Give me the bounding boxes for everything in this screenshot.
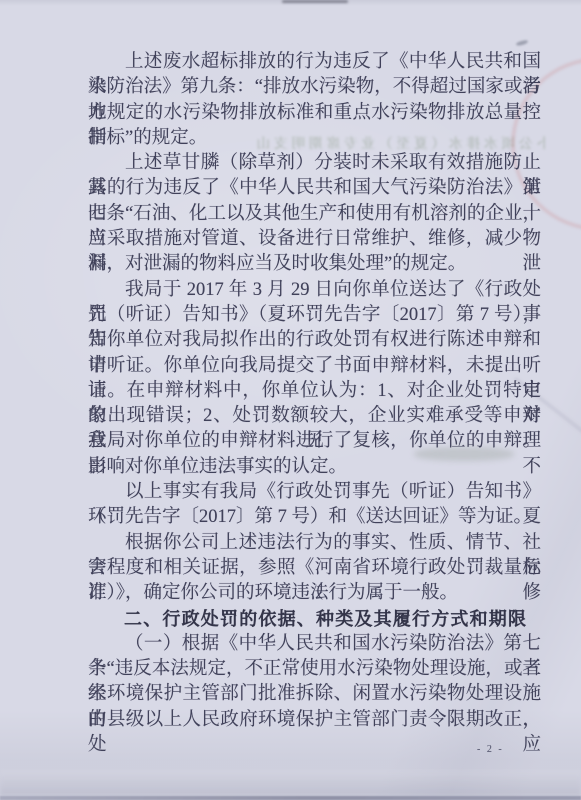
page-number: - 2 - <box>477 744 504 755</box>
body-text-line: 指标”的规定。 <box>88 126 541 151</box>
scan-bottom-edge <box>0 796 581 800</box>
body-text-line: 以上事实有我局《行政处罚事先（听证）告知书》（夏 <box>88 480 541 505</box>
body-text-line: 知你单位对我局拟作出的行政处罚有权进行陈述申辩和申 <box>88 328 541 353</box>
body-text-line: 经环境保护主管部门批准拆除、闲置水污染物处理设施的， <box>88 682 541 707</box>
section-heading-line: 二、行政处罚的依据、种类及其履行方式和期限 <box>88 607 541 632</box>
body-text-line: 七条“石油、化工以及其他生产和使用有机溶剂的企业，应 <box>88 202 541 227</box>
body-text-line: 染防治法》第九条：“排放水污染物，不得超过国家或者地 <box>88 75 541 100</box>
document-page: 卜公顷水排水（夏至）业专席期明支山 上述废水超标排放的行为违反了《中华人民共和国… <box>0 0 581 800</box>
body-text-line: 我局于 2017 年 3 月 29 日向你单位送达了《行政处罚事 <box>88 278 541 303</box>
body-text-line: 根据你公司上述违法行为的事实、性质、情节、社会危 <box>88 531 541 556</box>
body-text-line: 我局对你单位的申辩材料进行了复核，你单位的申辩理由不 <box>88 429 541 454</box>
body-text-line: 害程度和相关证据，参照《河南省环境行政处罚裁量标准（修 <box>88 556 541 581</box>
body-text-line: 请听证。你单位向我局提交了书面申辩材料，未提出听证申 <box>88 354 541 379</box>
body-text-line: 由县级以上人民政府环境保护主管部门责令限期改正，处应 <box>88 708 541 733</box>
document-body: 上述废水超标排放的行为违反了《中华人民共和国水污染防治法》第九条：“排放水污染物… <box>88 50 541 733</box>
body-text-line: 上述草甘膦（除草剂）分装时未采取有效措施防止其泄 <box>88 151 541 176</box>
scan-speck-artifact <box>516 40 529 47</box>
body-text-line: 先（听证）告知书》（夏环罚先告字〔2017〕第 7 号），告 <box>88 303 541 328</box>
body-text-line: 方规定的水污染物排放标准和重点水污染物排放总量控制 <box>88 101 541 126</box>
body-text-line: 环罚先告字〔2017〕第 7 号）和《送达回证》等为证。 <box>88 505 541 530</box>
body-text-line: 上述废水超标排放的行为违反了《中华人民共和国水污 <box>88 50 541 75</box>
body-text-line: 请。在申辩材料中，你单位认为：1、对企业处罚特定的对 <box>88 379 541 404</box>
body-text-line: 条“违反本法规定，不正常使用水污染物处理设施，或者未 <box>88 657 541 682</box>
body-text-line: 当采取措施对管道、设备进行日常维护、维修，减少物料泄 <box>88 227 541 252</box>
scan-edge-artifact <box>282 0 348 3</box>
body-text-line: 象出现错误；2、处罚数额较大，企业实难承受等申辩意见。 <box>88 404 541 429</box>
body-text-line: 露的行为违反了《中华人民共和国大气污染防治法》第四十 <box>88 176 541 201</box>
paper-wrinkle-bottom <box>0 770 581 796</box>
body-text-line: （一）根据《中华人民共和国水污染防治法》第七十三 <box>88 632 541 657</box>
